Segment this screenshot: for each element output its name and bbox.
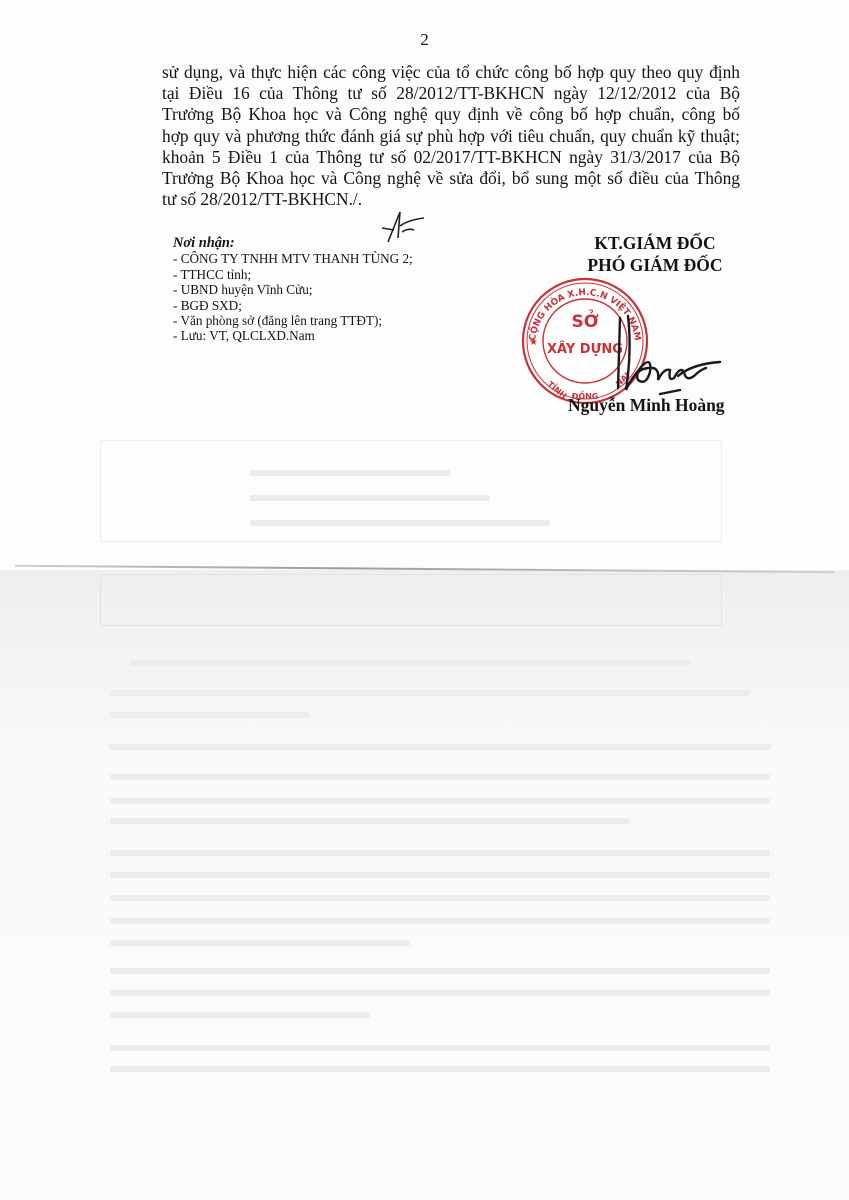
signature-block: KT.GIÁM ĐỐC PHÓ GIÁM ĐỐC [560, 232, 750, 276]
body-line: tại Điều 16 của Thông tư số 28/2012/TT-B… [162, 83, 740, 104]
recipients-heading: Nơi nhận: [173, 236, 413, 251]
recipient-item: - Lưu: VT, QLCLXD.Nam [173, 328, 413, 343]
recipient-item: - TTHCC tỉnh; [173, 267, 413, 282]
body-line: sử dụng, và thực hiện các công việc của … [162, 62, 740, 83]
ghost-text-line [250, 495, 490, 501]
ghost-text-line [110, 850, 770, 856]
ghost-text-line [110, 774, 770, 780]
ghost-text-line [110, 712, 310, 718]
body-paragraph: sử dụng, và thực hiện các công việc của … [162, 62, 740, 210]
ghost-text-line [110, 895, 770, 901]
ghost-text-line [110, 818, 630, 824]
signature-subtitle: PHÓ GIÁM ĐỐC [560, 254, 750, 276]
ghost-text-line [110, 918, 770, 924]
ghost-text-line [110, 940, 410, 946]
signer-name: Nguyễn Minh Hoàng [568, 395, 725, 416]
recipient-item: - UBND huyện Vĩnh Cửu; [173, 282, 413, 297]
ghost-text-line [110, 1066, 770, 1072]
ghost-text-line [110, 1045, 770, 1051]
recipient-item: - BGĐ SXD; [173, 298, 413, 313]
signature-title: KT.GIÁM ĐỐC [560, 232, 750, 254]
ghost-text-line [110, 968, 770, 974]
body-line: khoản 5 Điều 1 của Thông tư số 02/2017/T… [162, 147, 740, 168]
svg-text:SỞ: SỞ [571, 308, 598, 332]
page-fold-line [15, 565, 835, 573]
page-fold-shadow [0, 570, 849, 1200]
ghost-text-line [110, 744, 770, 750]
body-line: hợp quy và phương thức đánh giá sự phù h… [162, 126, 740, 147]
ghost-text-line [110, 798, 770, 804]
ghost-text-line [110, 690, 750, 696]
ghost-text-line [130, 660, 690, 666]
svg-text:★: ★ [529, 337, 538, 348]
body-line: tư số 28/2012/TT-BKHCN./. [162, 189, 740, 210]
ghost-text-line [110, 872, 770, 878]
body-line: Trưởng Bộ Khoa học và Công nghệ về sửa đ… [162, 168, 740, 189]
ghost-text-line [110, 1012, 370, 1018]
body-line: Trưởng Bộ Khoa học và Công nghệ quy định… [162, 104, 740, 125]
page-number: 2 [0, 30, 849, 50]
recipients-list: Nơi nhận: - CÔNG TY TNHH MTV THANH TÙNG … [173, 236, 413, 344]
recipient-item: - CÔNG TY TNHH MTV THANH TÙNG 2; [173, 251, 413, 266]
recipient-item: - Văn phòng sở (đăng lên trang TTĐT); [173, 313, 413, 328]
handwritten-signature-icon [608, 310, 728, 400]
ghost-table [100, 574, 722, 626]
ghost-text-line [250, 520, 550, 526]
ghost-text-line [250, 470, 450, 476]
ghost-table [100, 440, 722, 542]
ghost-text-line [110, 990, 770, 996]
